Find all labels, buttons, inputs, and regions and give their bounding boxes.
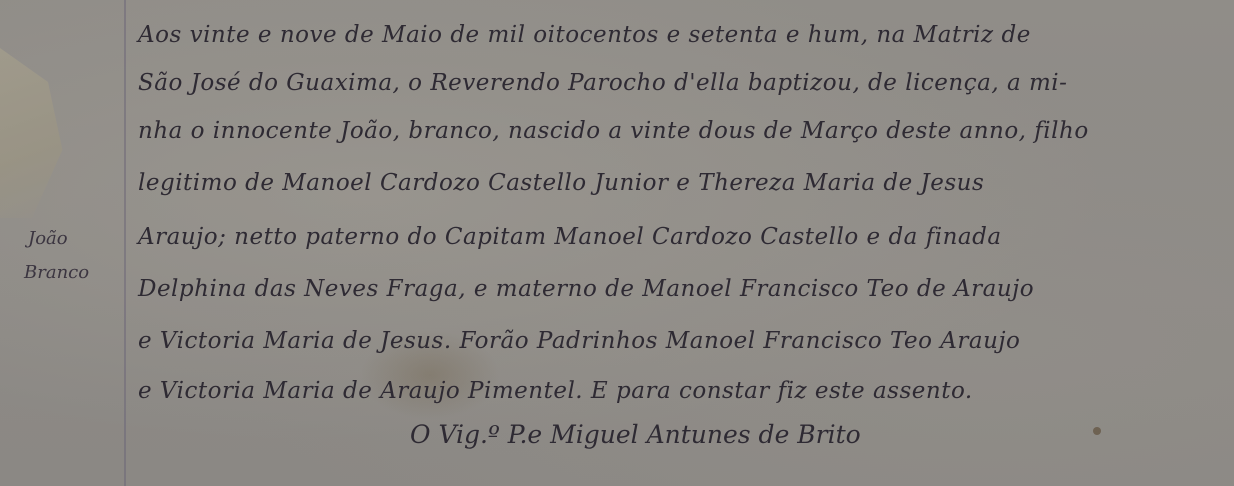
record-line-4: legitimo de Manoel Cardozo Castello Juni… [138,170,984,196]
margin-note-color: Branco [24,262,89,283]
record-line-8: e Victoria Maria de Araujo Pimentel. E p… [138,378,973,404]
record-line-5: Araujo; netto paterno do Capitam Manoel … [138,224,1002,250]
ink-spot [1093,427,1101,435]
priest-signature: O Vig.º P.e Miguel Antunes de Brito [410,420,861,449]
record-line-1: Aos vinte e nove de Maio de mil oitocent… [138,22,1031,48]
margin-rule [124,0,126,486]
record-line-3: nha o innocente João, branco, nascido a … [138,118,1089,144]
margin-note-name: João [28,228,68,249]
record-line-2: São José do Guaxima, o Reverendo Parocho… [138,70,1067,96]
record-line-6: Delphina das Neves Fraga, e materno de M… [138,276,1034,302]
record-line-7: e Victoria Maria de Jesus. Forão Padrinh… [138,328,1020,354]
